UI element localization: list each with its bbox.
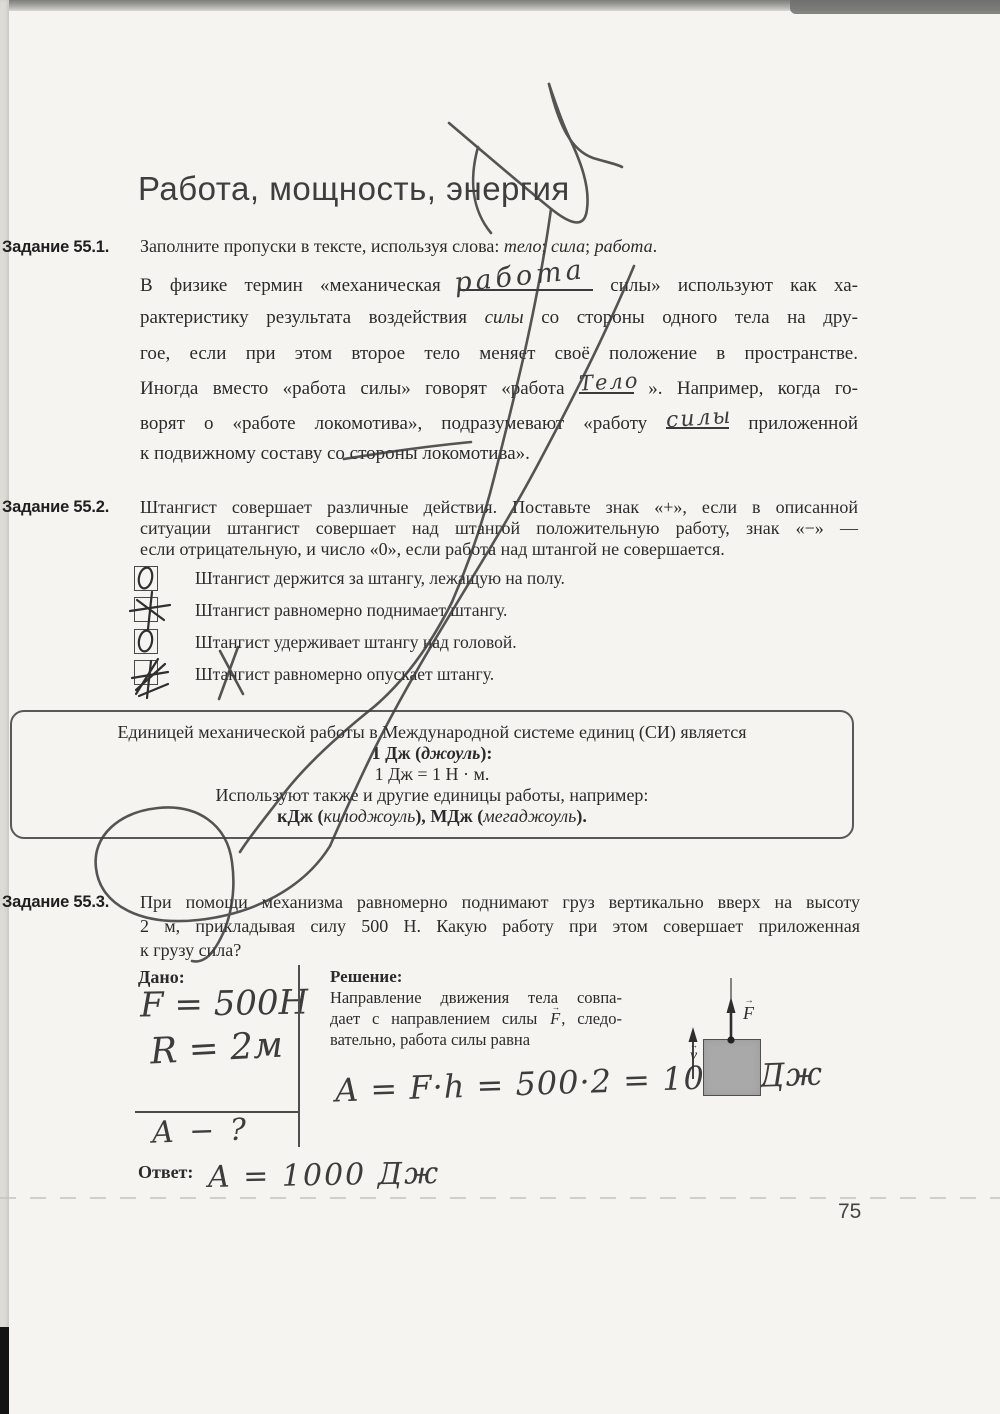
text-segment: приложенной	[748, 413, 858, 434]
info-line: кДж (килоджоуль), МДж (мегаджоуль).	[24, 806, 840, 827]
page-title: Работа, мощность, энергия	[138, 170, 570, 208]
text-segment: силы» используют как ха-	[610, 275, 858, 296]
paragraph-line: 2 м, прикладывая силу 500 Н. Какую работ…	[140, 916, 860, 937]
text-segment: ». Например, когда го-	[648, 378, 858, 399]
paragraph-line: к подвижному составу со стороны локомоти…	[140, 443, 530, 465]
task-551-label: Задание 55.1.	[2, 238, 109, 257]
paragraph-line: При помощи механизма равномерно поднимаю…	[140, 892, 860, 913]
solution-line: дает с направлением силы F, следо-	[330, 1009, 622, 1029]
instruction-text: Заполните пропуски в тексте, используя с…	[140, 236, 504, 256]
force-vector-symbol: F	[549, 1009, 561, 1029]
handwritten-given-2: R = 2м	[149, 1025, 284, 1073]
text-segment: ):	[480, 743, 492, 763]
scan-page-fold-line	[0, 1197, 1000, 1199]
scan-edge-top-right	[790, 0, 1000, 14]
word-rabota: работа	[595, 236, 653, 256]
paragraph-line: к грузу сила?	[140, 940, 241, 961]
text-segment: ворят о «работе локомотива», подразумева…	[140, 413, 647, 434]
handwritten-given-1: F = 500Н	[140, 983, 309, 1026]
workbook-page: Работа, мощность, энергия Задание 55.1. …	[0, 0, 1000, 1414]
list-item: Штангист равномерно поднимает штангу.	[195, 600, 507, 621]
info-line: 1 Дж (джоуль):	[24, 743, 840, 764]
column-divider-line	[298, 965, 300, 1147]
fill-blank-2: Тело	[579, 373, 634, 394]
text-segment: , следо-	[561, 1009, 622, 1028]
paragraph-line: ворят о «работе локомотива», подразумева…	[140, 408, 858, 435]
solution-line: Направление движения тела совпа-	[330, 988, 622, 1008]
force-arrowhead-icon	[727, 997, 736, 1013]
page-number: 75	[838, 1200, 861, 1224]
word-telo: тело	[504, 236, 542, 256]
task-552-label: Задание 55.2.	[2, 498, 109, 517]
text-segment: МДж (	[430, 806, 483, 826]
text-segment: дает с направлением силы	[330, 1009, 549, 1028]
load-square	[703, 1039, 761, 1096]
sep: ;	[542, 236, 552, 256]
checkbox-1	[134, 566, 158, 591]
checkbox-2	[134, 597, 158, 622]
italic-word: силы	[485, 307, 524, 328]
info-line: Единицей механической работы в Междунаро…	[24, 722, 840, 743]
info-line: Используют также и другие единицы работы…	[24, 785, 840, 806]
italic-word: мегаджоуль	[483, 806, 576, 826]
paragraph-line: В физике термин «механическая работа сил…	[140, 270, 858, 297]
checkbox-3	[134, 629, 158, 654]
checkbox-4	[134, 660, 158, 685]
sep: ;	[585, 236, 595, 256]
velocity-label: v	[689, 1047, 698, 1065]
text-segment: В физике термин «механическая	[140, 275, 441, 296]
paragraph-line: Штангист совершает различные действия. П…	[140, 497, 858, 518]
info-line: 1 Дж = 1 Н · м.	[24, 764, 840, 785]
solution-label: Решение:	[330, 967, 402, 987]
text-segment: 1 Дж (	[372, 743, 421, 763]
word-sila: сила	[551, 236, 585, 256]
paragraph-line: если отрицательную, и число «0», если ра…	[140, 539, 725, 560]
italic-word: килоджоуль	[323, 806, 415, 826]
scan-edge-left	[0, 0, 9, 1414]
fill-blank-1: работа	[458, 270, 593, 291]
paragraph-line: гое, если при этом второе тело меняет св…	[140, 343, 858, 365]
handwritten-answer-3: силы	[665, 404, 733, 434]
handwritten-answer-2: Тело	[578, 368, 640, 395]
handwritten-answer-final: A = 1000 Дж	[208, 1156, 441, 1195]
paragraph-line: ситуации штангист совершает над штангой …	[140, 518, 858, 539]
fill-blank-3: силы	[666, 408, 729, 429]
handwritten-answer-1: работа	[453, 254, 587, 299]
paragraph-line: Иногда вместо «работа силы» говорят «раб…	[140, 373, 858, 400]
text-segment: со стороны одного тела на дру-	[524, 307, 858, 328]
list-item: Штангист держится за штангу, лежащую на …	[195, 568, 565, 589]
text-segment: рактеристику результата воздействия	[140, 307, 485, 328]
italic-word: джоуль	[421, 743, 480, 763]
answer-label: Ответ:	[138, 1162, 193, 1183]
info-box: Единицей механической работы в Междунаро…	[10, 710, 854, 839]
dot: .	[653, 236, 658, 256]
scan-black-corner	[0, 1327, 9, 1414]
force-label: F	[742, 1003, 755, 1024]
handwritten-find: A − ?	[151, 1112, 249, 1150]
text-segment: Иногда вместо «работа силы» говорят «раб…	[140, 378, 565, 399]
list-item: Штангист равномерно опускает штангу.	[195, 664, 494, 685]
text-segment: ),	[415, 806, 430, 826]
task-553-label: Задание 55.3.	[2, 893, 109, 912]
list-item: Штангист удерживает штангу над головой.	[195, 632, 517, 653]
paragraph-line: рактеристику результата воздействия силы…	[140, 307, 858, 329]
text-segment: кДж (	[277, 806, 323, 826]
text-segment: ).	[576, 806, 587, 826]
solution-line: вательно, работа силы равна	[330, 1030, 530, 1050]
